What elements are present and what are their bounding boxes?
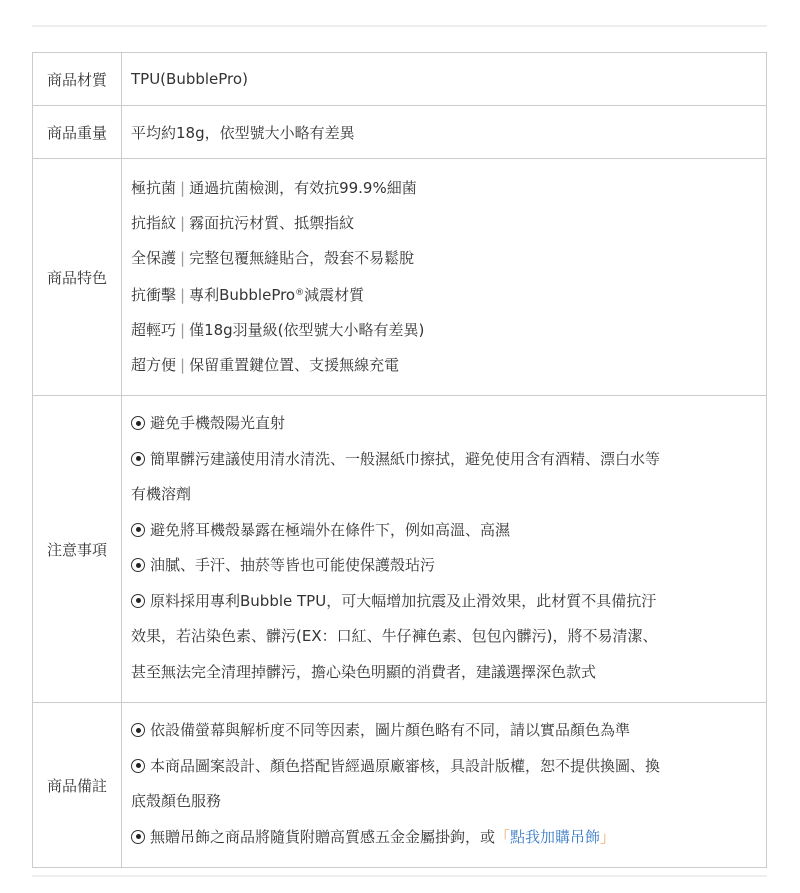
table-row-features: 商品特色 極抗菌|通過抗菌檢測，有效抗99.9%細菌 抗指紋|霧面抗污材質、抵禦… <box>33 159 767 396</box>
circle-bullet-icon <box>131 523 145 537</box>
buy-charm-link[interactable]: 點我加購吊飾 <box>510 828 600 846</box>
row-label: 商品備註 <box>33 703 122 868</box>
row-label: 注意事項 <box>33 396 122 703</box>
remark-item-continuation: 底殼顏色服務 <box>131 784 756 820</box>
circle-bullet-icon <box>131 759 145 773</box>
circle-bullet-icon <box>131 594 145 608</box>
link-close-bracket: 」 <box>600 828 615 846</box>
feature-separator: | <box>176 214 189 232</box>
product-spec-table: 商品材質 TPU(BubblePro) 商品重量 平均約18g，依型號大小略有差… <box>32 52 767 868</box>
material-value: TPU(BubblePro) <box>122 53 767 106</box>
note-item-continuation: 有機溶劑 <box>131 477 756 513</box>
feature-desc: 專利BubblePro <box>189 286 295 304</box>
feature-item: 極抗菌|通過抗菌檢測，有效抗99.9%細菌 <box>131 171 756 206</box>
note-text: 甚至無法完全清理掉髒污，擔心染色明顯的消費者，建議選擇深色款式 <box>131 663 596 681</box>
circle-bullet-icon <box>131 723 145 737</box>
registered-mark: ® <box>295 288 304 298</box>
note-item-continuation: 效果，若沾染色素、髒污(EX：口紅、牛仔褲色素、包包內髒污)，將不易清潔、 <box>131 619 756 655</box>
note-text: 原料採用專利Bubble TPU，可大幅增加抗震及止滑效果，此材質不具備抗汙 <box>150 592 656 610</box>
note-text: 效果，若沾染色素、髒污(EX：口紅、牛仔褲色素、包包內髒污)，將不易清潔、 <box>131 627 657 645</box>
feature-title: 超方便 <box>131 356 176 374</box>
remark-text: 底殼顏色服務 <box>131 792 221 810</box>
table-row-remarks: 商品備註 依設備螢幕與解析度不同等因素，圖片顏色略有不同，請以實品顏色為準 本商… <box>33 703 767 868</box>
remark-text: 無贈吊飾之商品將隨貨附贈高質感五金金屬掛鉤，或 <box>150 828 495 846</box>
feature-separator: | <box>176 321 189 339</box>
row-label: 商品材質 <box>33 53 122 106</box>
row-label: 商品特色 <box>33 159 122 396</box>
remark-item: 依設備螢幕與解析度不同等因素，圖片顏色略有不同，請以實品顏色為準 <box>131 713 756 749</box>
feature-separator: | <box>176 249 189 267</box>
feature-item: 全保護|完整包覆無縫貼合，殼套不易鬆脫 <box>131 241 756 276</box>
feature-desc: 通過抗菌檢測，有效抗99.9%細菌 <box>189 179 417 197</box>
note-item: 簡單髒污建議使用清水清洗、一般濕紙巾擦拭，避免使用含有酒精、漂白水等 <box>131 442 756 478</box>
note-item: 油膩、手汗、抽菸等皆也可能使保護殼玷污 <box>131 548 756 584</box>
note-text: 有機溶劑 <box>131 485 191 503</box>
circle-bullet-icon <box>131 452 145 466</box>
note-text: 油膩、手汗、抽菸等皆也可能使保護殼玷污 <box>150 556 435 574</box>
circle-bullet-icon <box>131 558 145 572</box>
feature-title: 超輕巧 <box>131 321 176 339</box>
remark-text: 依設備螢幕與解析度不同等因素，圖片顏色略有不同，請以實品顏色為準 <box>150 721 630 739</box>
note-item: 避免將耳機殼暴露在極端外在條件下，例如高溫、高濕 <box>131 513 756 549</box>
note-text: 避免將耳機殼暴露在極端外在條件下，例如高溫、高濕 <box>150 521 510 539</box>
features-list: 極抗菌|通過抗菌檢測，有效抗99.9%細菌 抗指紋|霧面抗污材質、抵禦指紋 全保… <box>122 159 767 396</box>
circle-bullet-icon <box>131 830 145 844</box>
link-open-bracket: 「 <box>495 828 510 846</box>
feature-separator: | <box>176 179 189 197</box>
feature-item: 抗指紋|霧面抗污材質、抵禦指紋 <box>131 206 756 241</box>
feature-desc: 保留重置鍵位置、支援無線充電 <box>189 356 399 374</box>
feature-separator: | <box>176 356 189 374</box>
feature-title: 抗指紋 <box>131 214 176 232</box>
feature-desc-suffix: 減震材質 <box>304 286 364 304</box>
feature-title: 全保護 <box>131 249 176 267</box>
bottom-divider <box>32 875 767 877</box>
feature-item: 超輕巧|僅18g羽量級(依型號大小略有差異) <box>131 313 756 348</box>
table-row-notes: 注意事項 避免手機殼陽光直射 簡單髒污建議使用清水清洗、一般濕紙巾擦拭，避免使用… <box>33 396 767 703</box>
feature-desc: 霧面抗污材質、抵禦指紋 <box>189 214 354 232</box>
note-item: 原料採用專利Bubble TPU，可大幅增加抗震及止滑效果，此材質不具備抗汙 <box>131 584 756 620</box>
note-item: 避免手機殼陽光直射 <box>131 406 756 442</box>
weight-value: 平均約18g，依型號大小略有差異 <box>122 106 767 159</box>
feature-desc: 僅18g羽量級(依型號大小略有差異) <box>189 321 424 339</box>
notes-list: 避免手機殼陽光直射 簡單髒污建議使用清水清洗、一般濕紙巾擦拭，避免使用含有酒精、… <box>122 396 767 703</box>
remarks-list: 依設備螢幕與解析度不同等因素，圖片顏色略有不同，請以實品顏色為準 本商品圖案設計… <box>122 703 767 868</box>
top-divider <box>32 25 767 27</box>
table-row-weight: 商品重量 平均約18g，依型號大小略有差異 <box>33 106 767 159</box>
note-item-continuation: 甚至無法完全清理掉髒污，擔心染色明顯的消費者，建議選擇深色款式 <box>131 655 756 691</box>
feature-title: 極抗菌 <box>131 179 176 197</box>
circle-bullet-icon <box>131 416 145 430</box>
table-row-material: 商品材質 TPU(BubblePro) <box>33 53 767 106</box>
feature-separator: | <box>176 286 189 304</box>
feature-item: 超方便|保留重置鍵位置、支援無線充電 <box>131 348 756 383</box>
remark-item: 本商品圖案設計、顏色搭配皆經過原廠審核，具設計版權，恕不提供換圖、換 <box>131 749 756 785</box>
remark-item: 無贈吊飾之商品將隨貨附贈高質感五金金屬掛鉤，或「點我加購吊飾」 <box>131 820 756 856</box>
feature-item: 抗衝擊|專利BubblePro®減震材質 <box>131 276 756 313</box>
row-label: 商品重量 <box>33 106 122 159</box>
remark-text: 本商品圖案設計、顏色搭配皆經過原廠審核，具設計版權，恕不提供換圖、換 <box>150 757 660 775</box>
feature-desc: 完整包覆無縫貼合，殼套不易鬆脫 <box>189 249 414 267</box>
note-text: 避免手機殼陽光直射 <box>150 414 285 432</box>
feature-title: 抗衝擊 <box>131 286 176 304</box>
note-text: 簡單髒污建議使用清水清洗、一般濕紙巾擦拭，避免使用含有酒精、漂白水等 <box>150 450 660 468</box>
